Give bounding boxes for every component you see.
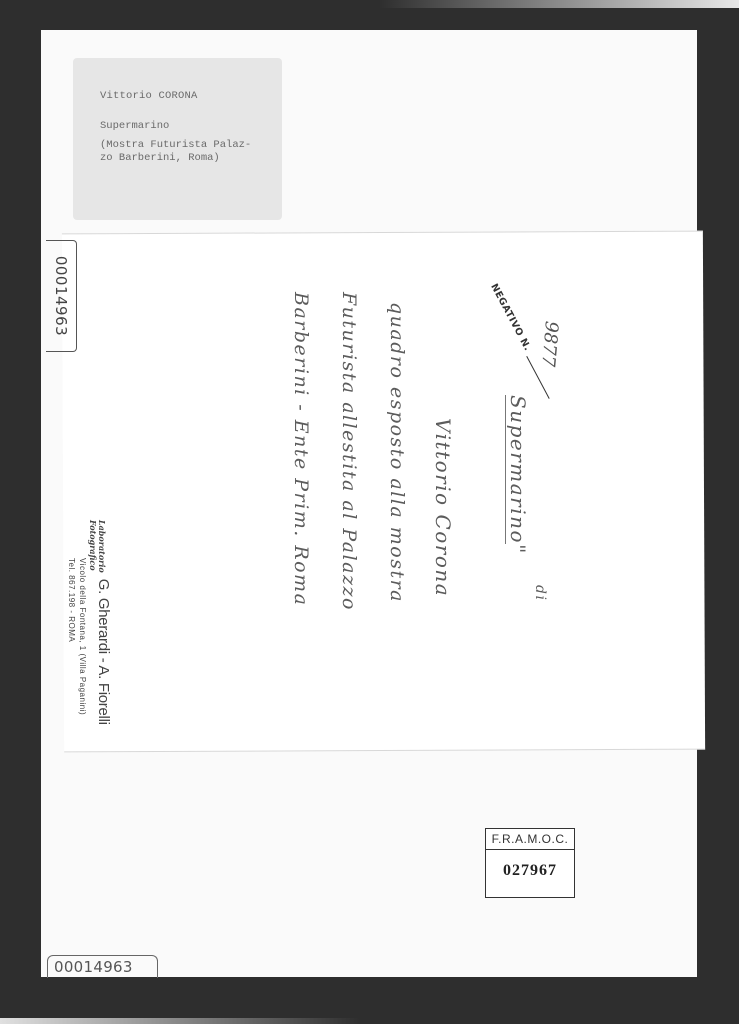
lab-stamp-address: Vicolo della Fontana, 1 (Villa Paganini) — [77, 558, 88, 725]
framoc-stamp: F.R.A.M.O.C. 027967 — [485, 828, 575, 898]
handwritten-line-3: quadro esposto alla mostra — [386, 302, 408, 603]
framoc-number: 027967 — [486, 850, 574, 892]
side-inventory-text: 00014963 — [52, 256, 70, 336]
lab-stamp-name: G. Gherardi - A. Fiorelli — [95, 579, 112, 725]
exhibition-note: (Mostra Futurista Palaz- zo Barberini, R… — [100, 139, 251, 165]
handwritten-artist: Vittorio Corona — [431, 418, 455, 597]
photo-back-card — [62, 231, 705, 753]
negativo-number: 9877 — [537, 320, 562, 367]
lab-stamp-phone: Tel. 867.198 - ROMA — [66, 558, 77, 725]
lab-stamp-line2: Fotografico — [88, 520, 97, 573]
lab-stamp: Laboratorio Fotografico G. Gherardi - A.… — [66, 520, 112, 725]
handwritten-title: Supermarino" — [506, 395, 530, 555]
lab-stamp-line1: Laboratorio — [97, 520, 106, 573]
handwritten-artist-text: Vittorio Corona — [431, 418, 455, 597]
framoc-header: F.R.A.M.O.C. — [486, 829, 574, 850]
scan-edge-highlight — [379, 0, 739, 8]
typed-caption-label: Vittorio CORONA Supermarino (Mostra Futu… — [73, 58, 282, 220]
handwritten-line-4: Futurista allestita al Palazzo — [338, 292, 360, 611]
scan-edge-highlight — [0, 1018, 360, 1024]
artist-name: Vittorio CORONA — [100, 90, 198, 103]
artwork-title: Supermarino — [100, 120, 169, 133]
quote-mark: " — [506, 544, 530, 555]
side-inventory-number: 00014963 — [46, 240, 77, 352]
handwritten-title-text: Supermarino — [505, 395, 530, 544]
handwritten-line-5: Barberini - Ente Prim. Roma — [290, 292, 312, 606]
bottom-inventory-number: 00014963 — [47, 955, 158, 978]
handwritten-di: di — [532, 585, 548, 601]
